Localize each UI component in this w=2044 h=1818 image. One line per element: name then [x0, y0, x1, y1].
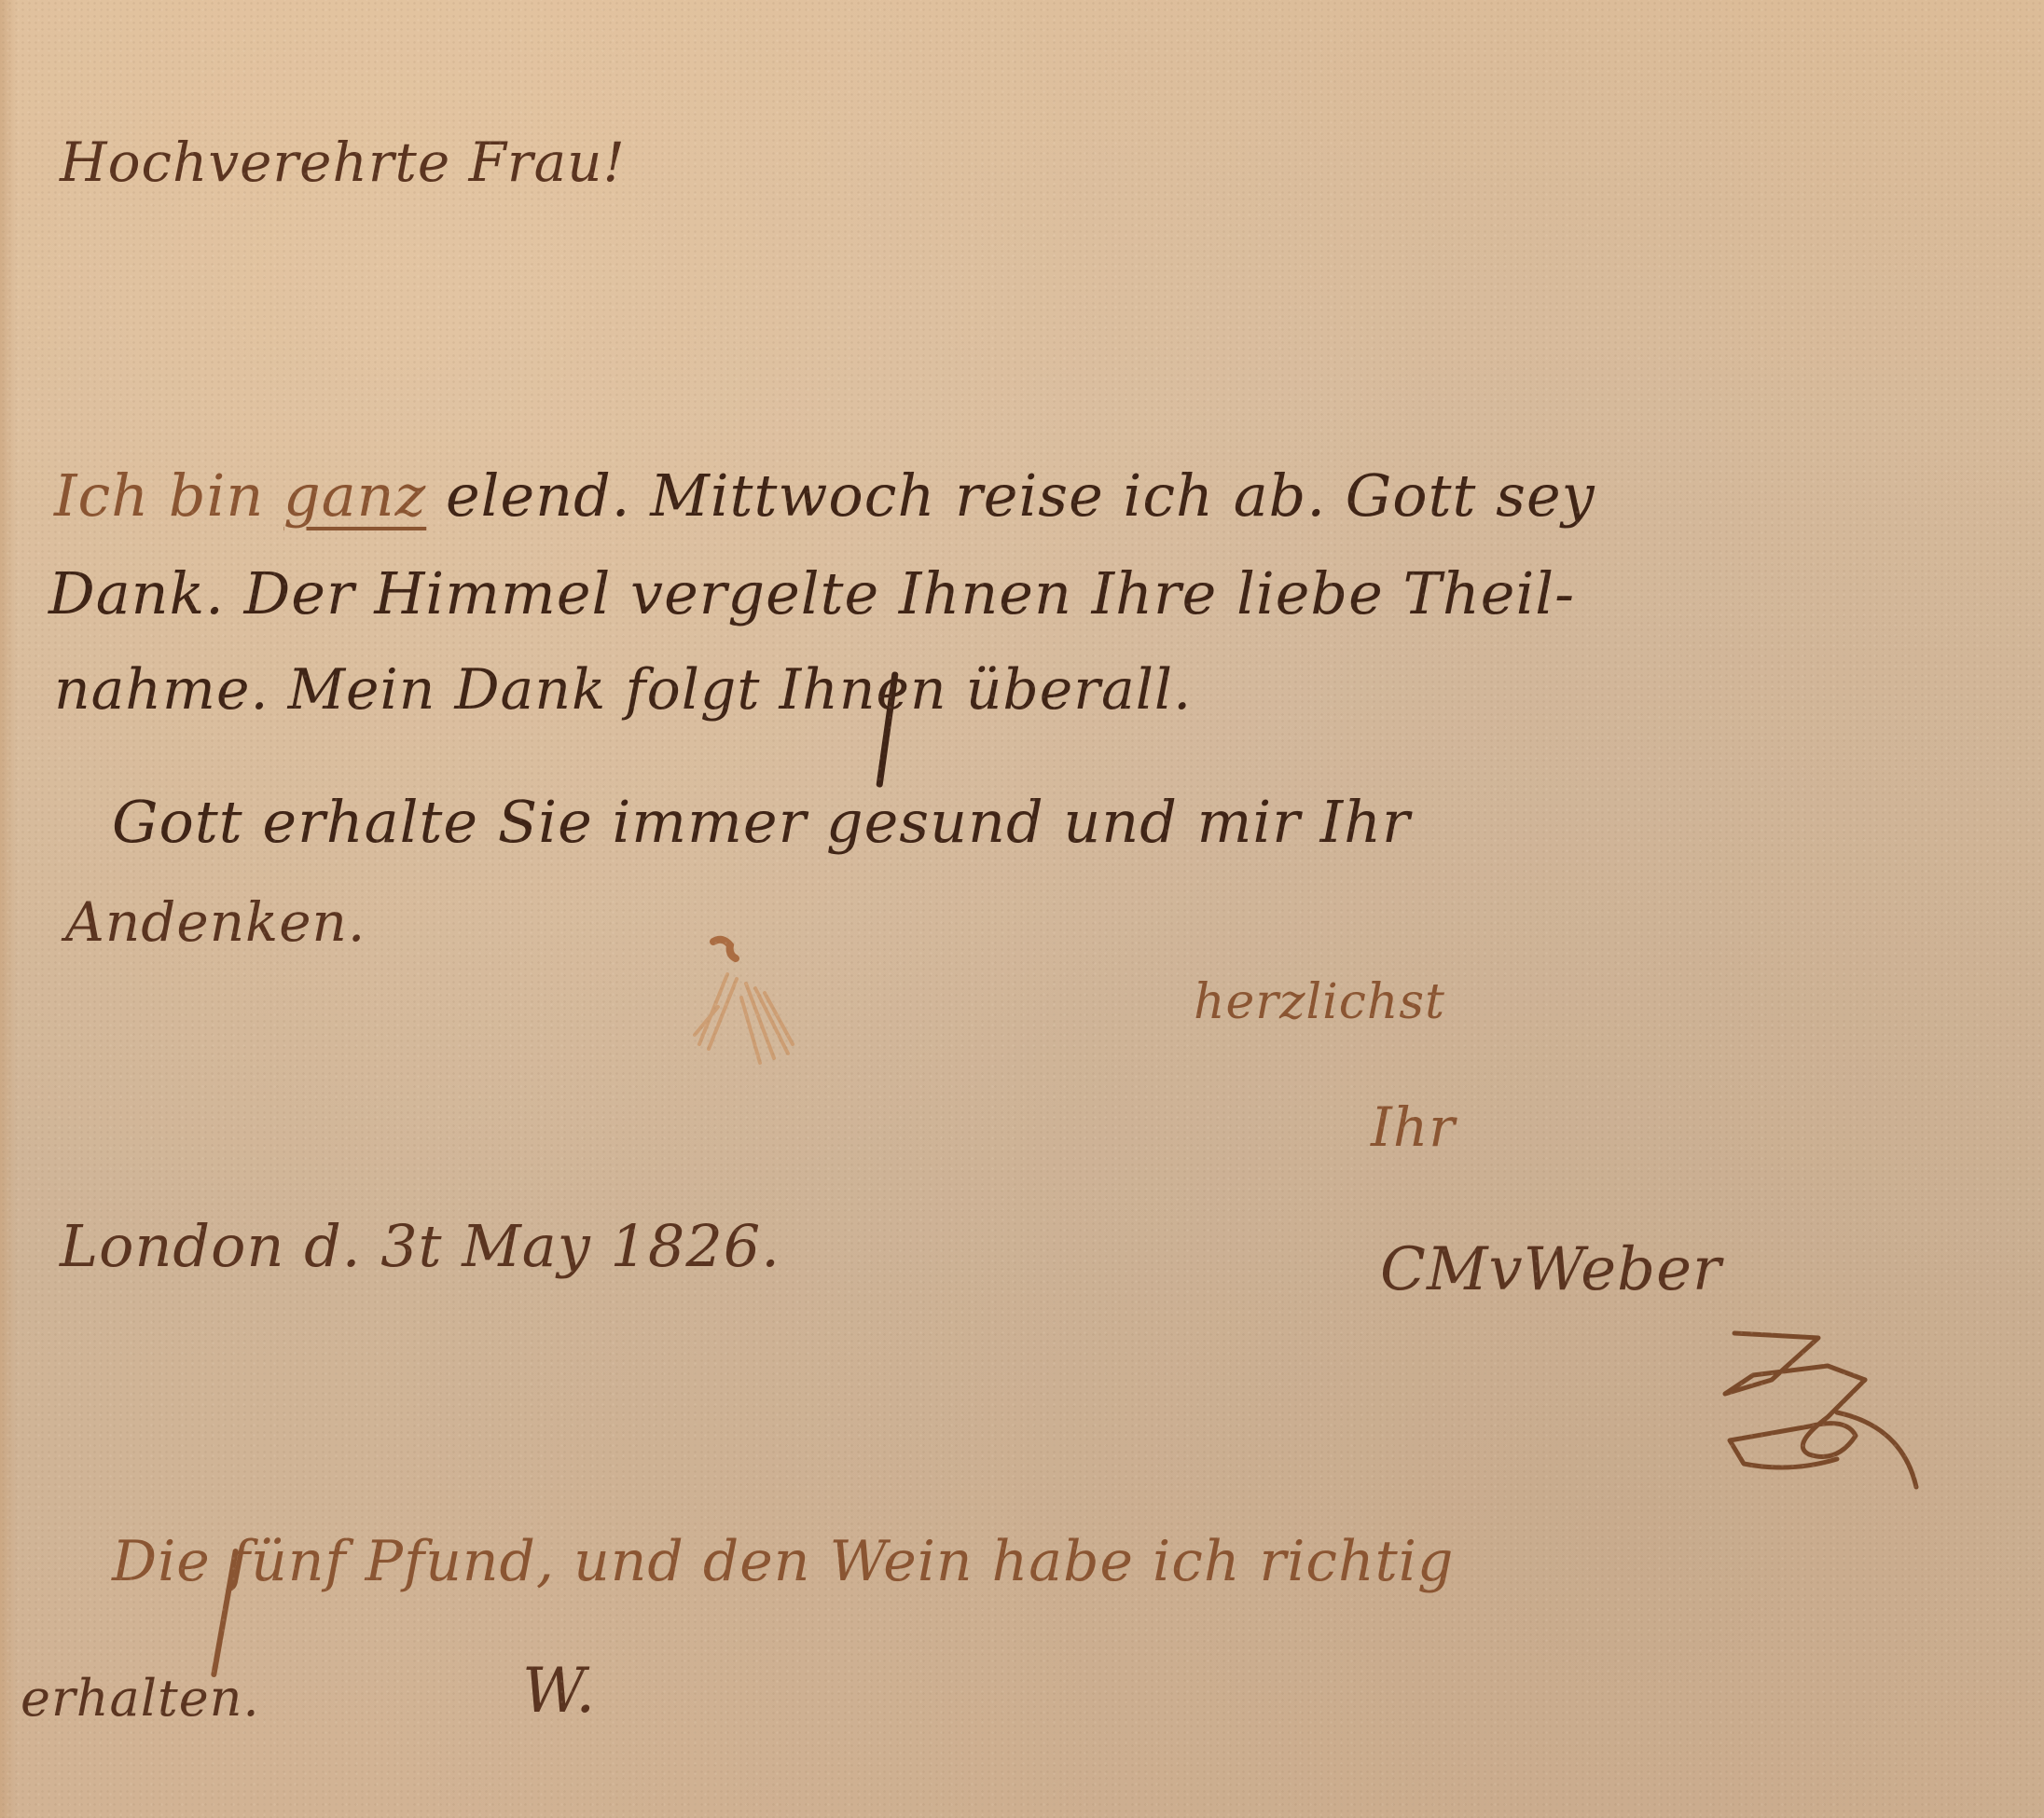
- letter-paper: Hochverehrte Frau! Ich bin ganz elend. M…: [0, 0, 2044, 1818]
- postscript-line-2: erhalten.: [21, 1669, 260, 1728]
- postscript-initial: W.: [522, 1655, 596, 1727]
- ink-stain: [671, 932, 811, 1072]
- signature: CMvWeber: [1380, 1235, 1722, 1304]
- body-line-1-end: elend. Mittwoch reise ich ab. Gott sey: [426, 461, 1595, 530]
- postscript-line-1: Die fünf Pfund, und den Wein habe ich ri…: [112, 1529, 1454, 1594]
- signature-flourish: [1716, 1324, 1940, 1492]
- body-line-1: Ich bin ganz elend. Mittwoch reise ich a…: [54, 461, 1595, 530]
- place-date: London d. 3t May 1826.: [60, 1212, 780, 1280]
- body-line-4: Gott erhalte Sie immer gesund und mir Ih…: [112, 788, 1411, 856]
- greeting: Hochverehrte Frau!: [60, 131, 626, 194]
- underlined-word: ganz: [283, 461, 426, 530]
- body-line-5: Andenken.: [65, 890, 366, 954]
- paper-edge: [0, 0, 17, 1818]
- closing-ihr: Ihr: [1371, 1095, 1456, 1159]
- closing-herzlichst: herzlichst: [1194, 974, 1445, 1030]
- body-line-2: Dank. Der Himmel vergelte Ihnen Ihre lie…: [48, 559, 1575, 627]
- body-line-1-start: Ich bin: [54, 461, 283, 530]
- body-line-3: nahme. Mein Dank folgt Ihnen überall.: [54, 657, 1192, 723]
